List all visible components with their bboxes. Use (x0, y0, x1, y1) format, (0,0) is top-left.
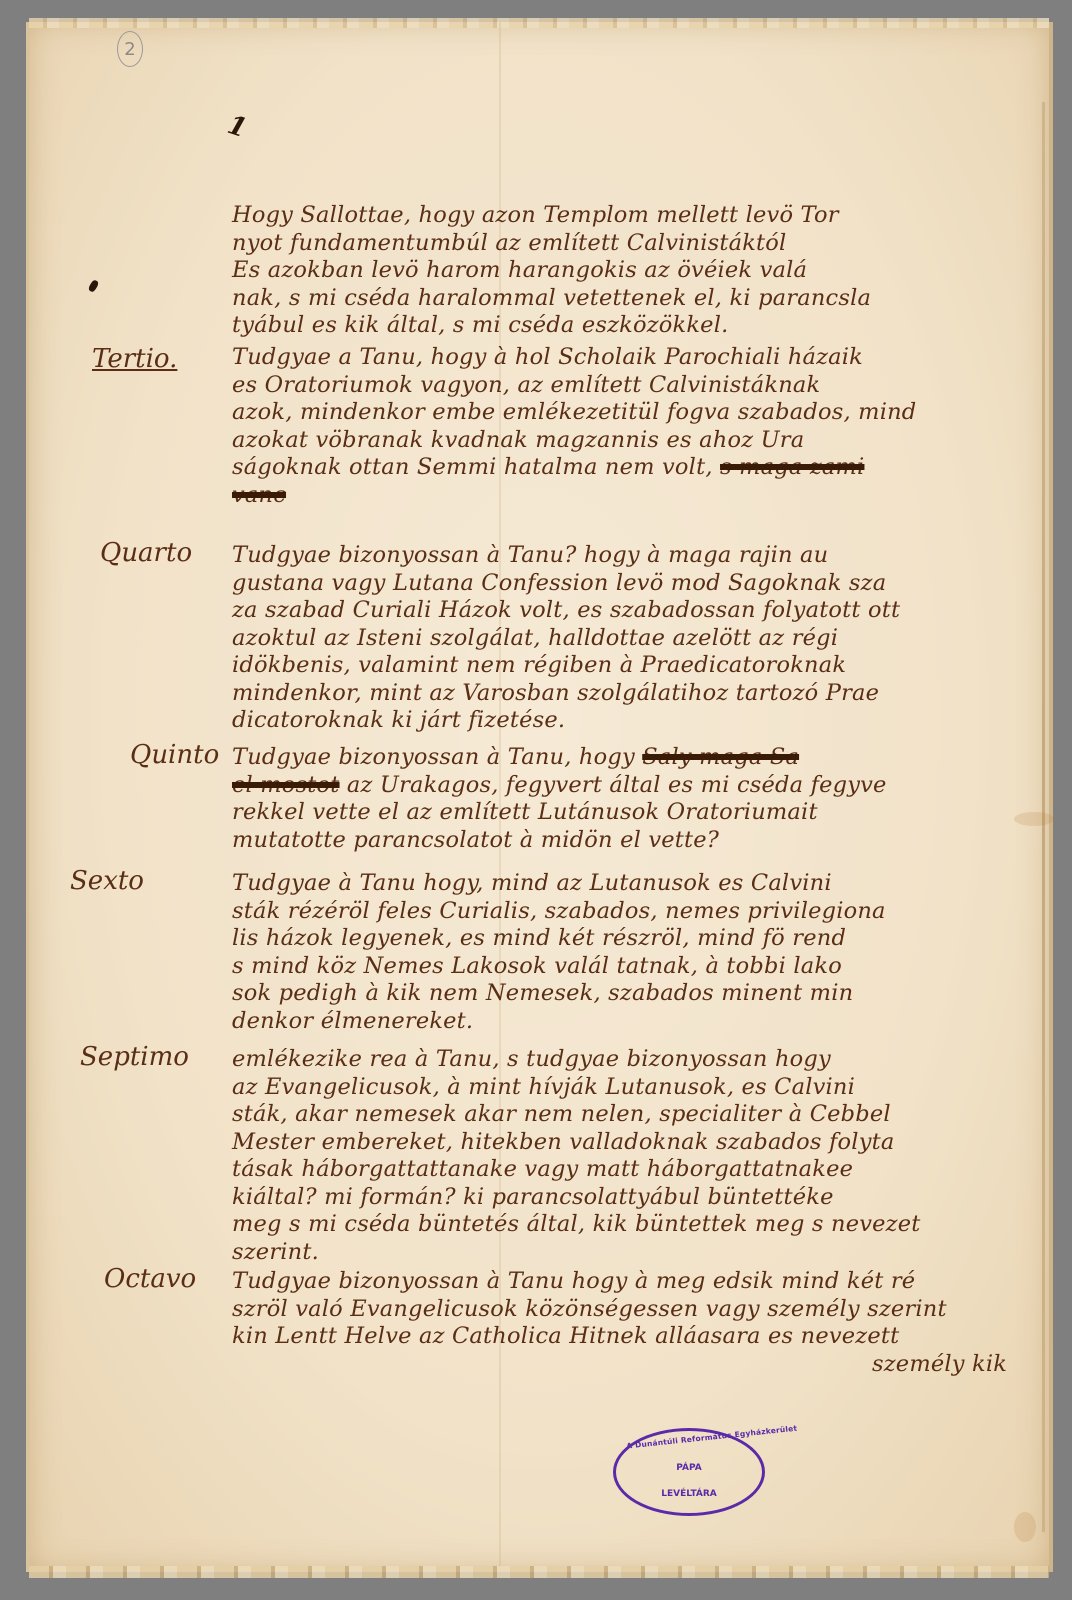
text-line: ságoknak ottan Semmi hatalma nem volt, s… (232, 454, 916, 482)
text-line: gustana vagy Lutana Confession levö mod … (232, 570, 900, 598)
text-line: Tudgyae bizonyossan à Tanu? hogy à maga … (232, 542, 900, 570)
text-line: lis házok legyenek, es mind két részröl,… (232, 925, 886, 953)
text-line: kiáltal? mi formán? ki parancsolattyábul… (232, 1184, 920, 1212)
text-line: Tudgyae bizonyossan à Tanu hogy à meg ed… (232, 1268, 1007, 1296)
section-label-quarto: Quarto (100, 538, 192, 568)
section-septimo: emlékezike rea à Tanu, s tudgyae bizonyo… (232, 1046, 920, 1266)
text-line: Es azokban levö harom harangokis az övéi… (232, 257, 871, 285)
text-line: Mester embereket, hitekben valladoknak s… (232, 1129, 920, 1157)
text-line: za szabad Curiali Házok volt, es szabado… (232, 597, 900, 625)
text-line: sták, akar nemesek akar nem nelen, speci… (232, 1101, 920, 1129)
struck-text: Saly maga Sa (642, 744, 799, 770)
section-label-quinto: Quinto (130, 740, 219, 770)
text-line: azok, mindenkor embe emlékezetitül fogva… (232, 399, 916, 427)
text-line: kin Lentt Helve az Catholica Hitnek allá… (232, 1323, 1007, 1351)
text-line: tásak háborgattattanake vagy matt háborg… (232, 1156, 920, 1184)
section-label-sexto: Sexto (70, 866, 144, 896)
text-line: nak, s mi cséda haralommal vetettenek el… (232, 285, 871, 313)
text-line: személy kik (232, 1351, 1007, 1379)
text-line: vanc (232, 482, 916, 510)
text-line: Tudgyae bizonyossan à Tanu, hogy Saly ma… (232, 744, 887, 772)
text-line: mutatotte parancsolatot à midön el vette… (232, 827, 887, 855)
text-line: es Oratoriumok vagyon, az említett Calvi… (232, 372, 916, 400)
text-line: dicatoroknak ki járt fizetése. (232, 707, 900, 735)
text-line: Tudgyae a Tanu, hogy à hol Scholaik Paro… (232, 344, 916, 372)
text-line: azokat vöbranak kvadnak magzannis es aho… (232, 427, 916, 455)
text-line: sták rézéröl feles Curialis, szabados, n… (232, 898, 886, 926)
text-line: azoktul az Isteni szolgálat, halldottae … (232, 625, 900, 653)
text-line: sok pedigh à kik nem Nemesek, szabados m… (232, 980, 886, 1008)
section-label-tertio: Tertio. (92, 344, 177, 374)
text-line: szerint. (232, 1239, 920, 1267)
text-line: el mostot az Urakagos, fegyvert által es… (232, 772, 887, 800)
text-line: denkor élmenereket. (232, 1008, 886, 1036)
text-line: az Evangelicusok, à mint hívják Lutanuso… (232, 1074, 920, 1102)
section-quarto: Tudgyae bizonyossan à Tanu? hogy à maga … (232, 542, 900, 735)
archive-stamp: A Dunántúli Református Egyházkerület PÁP… (613, 1428, 765, 1516)
struck-text: el mostot (232, 772, 340, 798)
section-octavo: Tudgyae bizonyossan à Tanu hogy à meg ed… (232, 1268, 1007, 1378)
section-quinto: Tudgyae bizonyossan à Tanu, hogy Saly ma… (232, 744, 887, 854)
text-line: s mind köz Nemes Lakosok valál tatnak, à… (232, 953, 886, 981)
text-line: meg s mi cséda büntetés által, kik bünte… (232, 1211, 920, 1239)
struck-text: s maga zami (720, 454, 864, 480)
page-number: 2 (117, 31, 143, 67)
struck-text: vanc (232, 482, 286, 508)
text-line: rekkel vette el az említett Lutánusok Or… (232, 799, 887, 827)
text-line: Hogy Sallottae, hogy azon Templom mellet… (232, 202, 871, 230)
stamp-city: PÁPA (616, 1463, 762, 1473)
section-sexto: Tudgyae à Tanu hogy, mind az Lutanusok e… (232, 870, 886, 1035)
text-line: idökbenis, valamint nem régiben à Praedi… (232, 652, 900, 680)
text-line: tyábul es kik által, s mi cséda eszközök… (232, 312, 871, 340)
section-label-septimo: Septimo (80, 1042, 189, 1072)
section-intro: Hogy Sallottae, hogy azon Templom mellet… (232, 202, 871, 340)
section-tertio: Tudgyae a Tanu, hogy à hol Scholaik Paro… (232, 344, 916, 509)
stamp-archive: LEVÉLTÁRA (616, 1489, 762, 1499)
section-label-octavo: Octavo (104, 1264, 196, 1294)
text-line: Tudgyae à Tanu hogy, mind az Lutanusok e… (232, 870, 886, 898)
text-line: emlékezike rea à Tanu, s tudgyae bizonyo… (232, 1046, 920, 1074)
text-line: szröl való Evangelicusok közönségessen v… (232, 1296, 1007, 1324)
ink-stain (1014, 812, 1054, 826)
water-stain (1014, 1512, 1036, 1542)
text-line: nyot fundamentumbúl az említett Calvinis… (232, 230, 871, 258)
text-line: mindenkor, mint az Varosban szolgálatiho… (232, 680, 900, 708)
